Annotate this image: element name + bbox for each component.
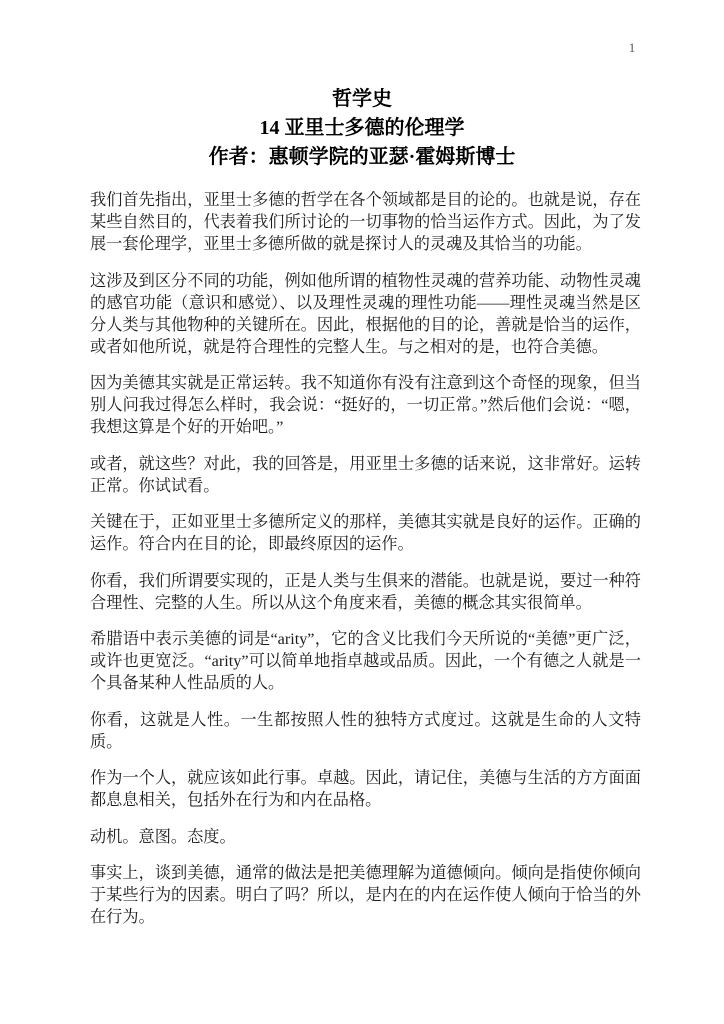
paragraph-2: 这涉及到区分不同的功能，例如他所谓的植物性灵魂的营养功能、动物性灵魂的感官功能（… [90, 270, 641, 358]
title-lecture: 14 亚里士多德的伦理学 [0, 114, 724, 143]
page-number: 1 [612, 40, 652, 55]
paragraph-8: 你看，这就是人性。一生都按照人性的独特方式度过。这就是生命的人文特质。 [90, 709, 641, 753]
document-body: 我们首先指出，亚里士多德的哲学在各个领域都是目的论的。也就是说，存在某些自然目的… [90, 189, 641, 928]
paragraph-3: 因为美德其实就是正常运转。我不知道你有没有注意到这个奇怪的现象，但当别人问我过得… [90, 372, 641, 438]
title-author: 作者：惠顿学院的亚瑟·霍姆斯博士 [0, 143, 724, 172]
title-course: 哲学史 [0, 85, 724, 114]
paragraph-1: 我们首先指出，亚里士多德的哲学在各个领域都是目的论的。也就是说，存在某些自然目的… [90, 189, 641, 255]
paragraph-5: 关键在于，正如亚里士多德所定义的那样，美德其实就是良好的运作。正确的运作。符合内… [90, 511, 641, 555]
paragraph-10: 动机。意图。态度。 [90, 826, 641, 848]
paragraph-7: 希腊语中表示美德的词是“arity”，它的含义比我们今天所说的“美德”更广泛，或… [90, 628, 641, 694]
paragraph-4: 或者，就这些？对此，我的回答是，用亚里士多德的话来说，这非常好。运转正常。你试试… [90, 453, 641, 497]
paragraph-6: 你看，我们所谓要实现的，正是人类与生俱来的潜能。也就是说，要过一种符合理性、完整… [90, 570, 641, 614]
document-title-block: 哲学史 14 亚里士多德的伦理学 作者：惠顿学院的亚瑟·霍姆斯博士 [0, 85, 724, 172]
paragraph-11: 事实上，谈到美德，通常的做法是把美德理解为道德倾向。倾向是指使你倾向于某些行为的… [90, 862, 641, 928]
paragraph-9: 作为一个人，就应该如此行事。卓越。因此，请记住，美德与生活的方方面面都息息相关，… [90, 767, 641, 811]
document-page: 1 哲学史 14 亚里士多德的伦理学 作者：惠顿学院的亚瑟·霍姆斯博士 我们首先… [0, 0, 724, 1024]
